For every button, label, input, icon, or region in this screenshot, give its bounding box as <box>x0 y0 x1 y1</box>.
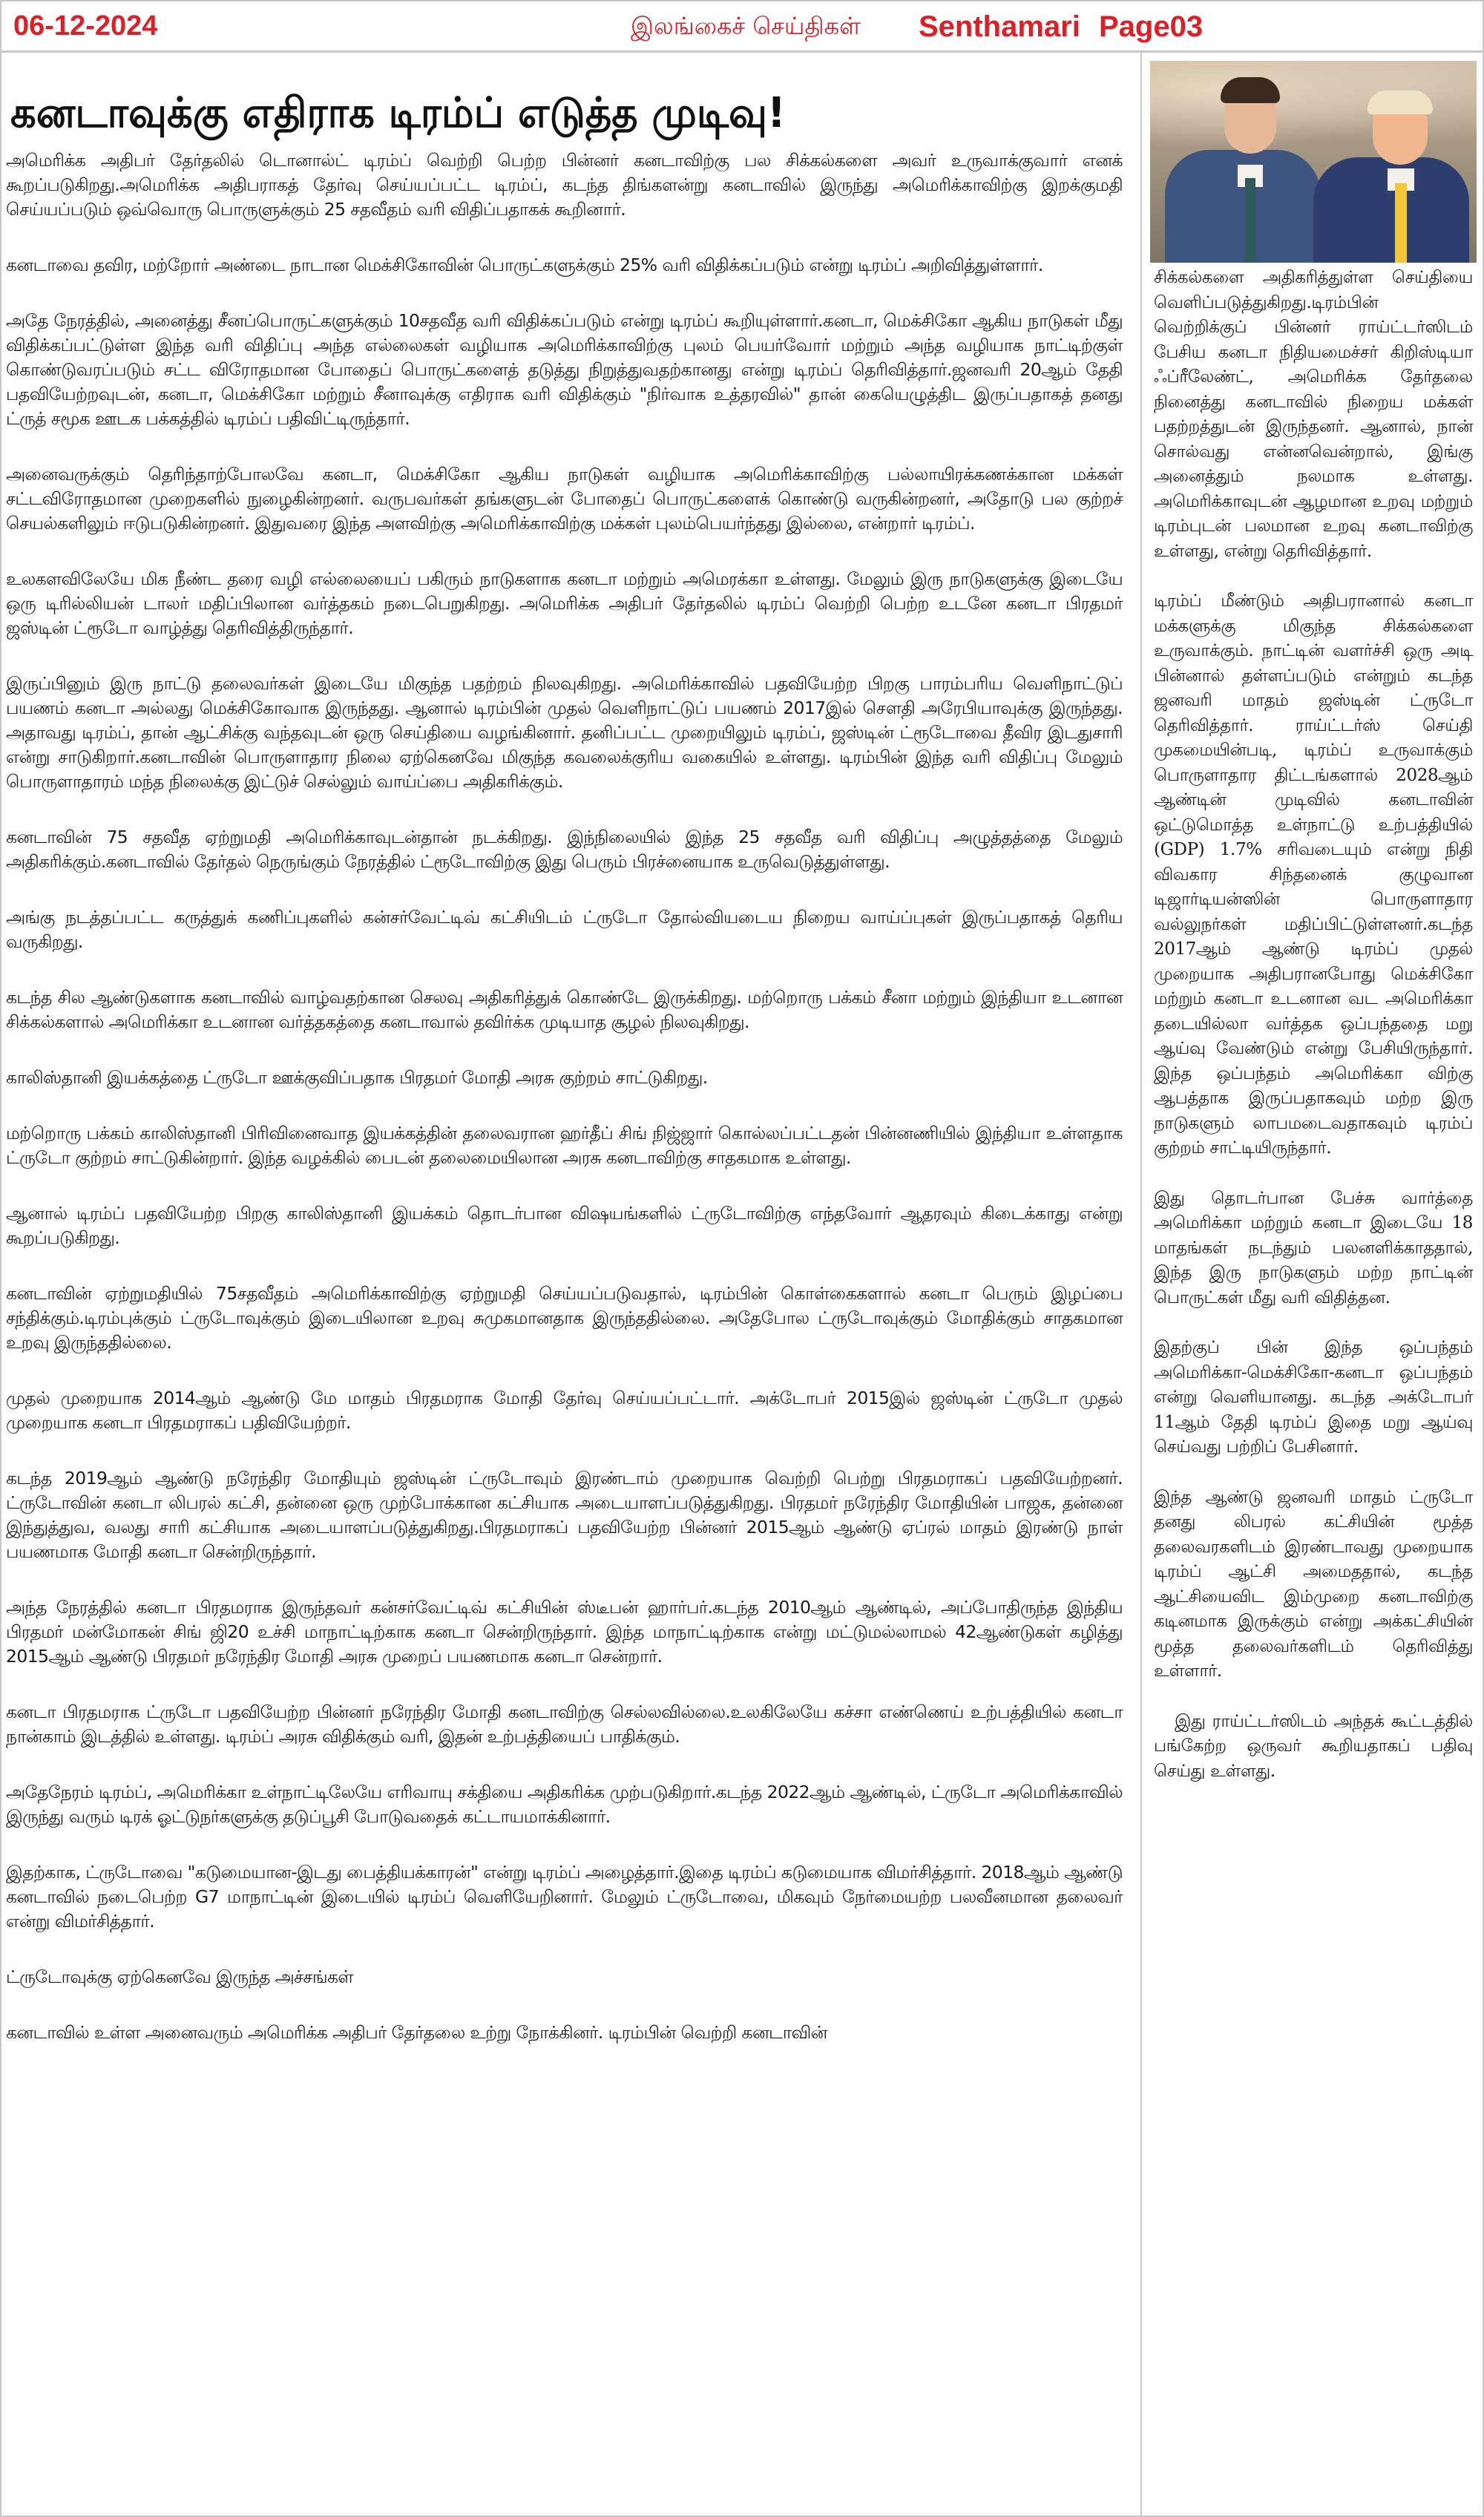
article-paragraph: அதே நேரத்தில், அனைத்து சீனப்பொருட்களுக்க… <box>6 309 1123 431</box>
article-paragraph: ஆனால் டிரம்ப் பதவியேற்ற பிறகு காலிஸ்தானி… <box>6 1201 1123 1250</box>
article-paragraph: மற்றொரு பக்கம் காலிஸ்தானி பிரிவினைவாத இய… <box>6 1121 1123 1170</box>
side-paragraph: இது ராய்ட்டர்ஸிடம் அந்தக் கூட்டத்தில் பங… <box>1154 1710 1473 1785</box>
article-paragraph: கனடாவின் ஏற்றுமதியில் 75சதவீதம் அமெரிக்க… <box>6 1282 1123 1355</box>
side-paragraph: டிரம்ப் மீண்டும் அதிபரானால் கனடா மக்களுக… <box>1154 589 1473 1161</box>
article-paragraph: காலிஸ்தானி இயக்கத்தை ட்ருடோ ஊக்குவிப்பதா… <box>6 1066 1123 1090</box>
photo-figure-right-tie <box>1395 183 1407 263</box>
article-paragraph: அனைவருக்கும் தெரிந்தாற்போலவே கனடா, மெக்ச… <box>6 462 1123 536</box>
article-paragraph: அதேநேரம் டிரம்ப், அமெரிக்கா உள்நாட்டிலேய… <box>6 1780 1123 1829</box>
article-paragraph: கனடாவில் உள்ள அனைவரும் அமெரிக்க அதிபர் த… <box>6 2021 1123 2045</box>
article-paragraph: கடந்த 2019ஆம் ஆண்டு நரேந்திர மோதியும் ஜஸ… <box>6 1466 1123 1564</box>
article-paragraph: கனடாவை தவிர, மற்றோர் அண்டை நாடான மெக்சிக… <box>6 253 1123 278</box>
article-main-column: அமெரிக்க அதிபர் தேர்தலில் டொனால்ட் டிரம்… <box>6 148 1123 2076</box>
masthead: 06-12-2024 இலங்கைச் செய்திகள் Senthamari… <box>0 0 1484 53</box>
issue-date: 06-12-2024 <box>13 10 157 42</box>
article-headline: கனடாவுக்கு எதிராக டிரம்ப் எடுத்த முடிவு! <box>10 89 1090 142</box>
article-paragraph: இதற்காக, ட்ருடோவை "கடுமையான-இடது பைத்திய… <box>6 1860 1123 1934</box>
side-paragraph: இதற்குப் பின் இந்த ஒப்பந்தம் அமெரிக்கா-ம… <box>1154 1336 1473 1460</box>
photo-figure-right-hair <box>1368 91 1433 114</box>
article-paragraph: உலகளவிலேயே மிக நீண்ட தரை வழி எல்லையைப் ப… <box>6 567 1123 640</box>
article-subheading: ட்ருடோவுக்கு ஏற்கெனவே இருந்த அச்சங்கள் <box>6 1965 1123 1989</box>
article-paragraph: அந்த நேரத்தில் கனடா பிரதமராக இருந்தவர் க… <box>6 1595 1123 1669</box>
article-paragraph: அங்கு நடத்தப்பட்ட கருத்துக் கணிப்புகளில்… <box>6 905 1123 954</box>
article-paragraph: கனடா பிரதமராக ட்ருடோ பதவியேற்ற பின்னர் ந… <box>6 1700 1123 1749</box>
article-paragraph: அமெரிக்க அதிபர் தேர்தலில் டொனால்ட் டிரம்… <box>6 148 1123 222</box>
side-paragraph: இது தொடர்பான பேச்சு வார்த்தை அமெரிக்கா ம… <box>1154 1187 1473 1311</box>
side-paragraph: சிக்கல்களை அதிகரித்துள்ள செய்தியை வெளிப்… <box>1154 266 1473 564</box>
article-paragraph: கடந்த சில ஆண்டுகளாக கனடாவில் வாழ்வதற்கான… <box>6 985 1123 1034</box>
article-paragraph: முதல் முறையாக 2014ஆம் ஆண்டு மே மாதம் பிர… <box>6 1386 1123 1435</box>
publication-page-label: Senthamari Page03 <box>919 10 1203 44</box>
article-paragraph: கனடாவின் 75 சதவீத ஏற்றுமதி அமெரிக்காவுடன… <box>6 825 1123 874</box>
side-paragraph: இந்த ஆண்டு ஜனவரி மாதம் ட்ருடோ தனது லிபரல… <box>1154 1486 1473 1684</box>
article-side-column: சிக்கல்களை அதிகரித்துள்ள செய்தியை வெளிப்… <box>1154 266 1473 1809</box>
news-photo <box>1150 61 1477 263</box>
section-title: இலங்கைச் செய்திகள் <box>631 12 861 43</box>
article-paragraph: இருப்பினும் இரு நாட்டு தலைவர்கள் இடையே ம… <box>6 672 1123 794</box>
photo-figure-left-hair <box>1221 77 1280 103</box>
photo-figure-left-tie <box>1245 178 1255 263</box>
column-divider <box>1140 50 1142 2517</box>
